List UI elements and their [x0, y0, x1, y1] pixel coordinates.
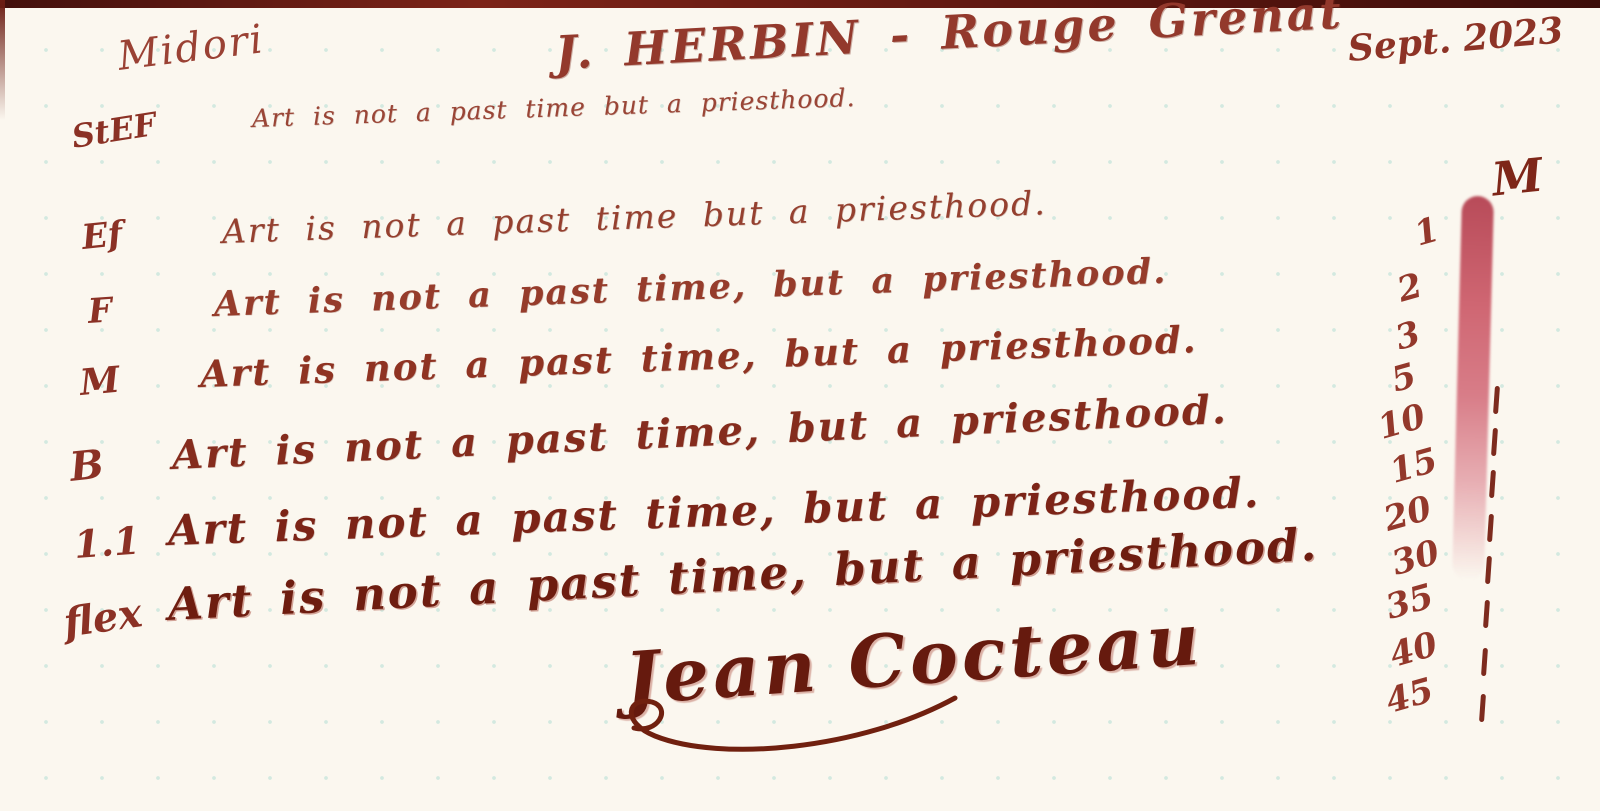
dry-time-seconds: 20 [1379, 488, 1436, 539]
date-label: Sept. 2023 [1346, 9, 1565, 70]
nib-label: flex [61, 589, 145, 646]
nib-label: Ef [80, 214, 125, 258]
scan-edge-left [0, 0, 5, 120]
dry-time-seconds: 30 [1387, 532, 1444, 583]
nib-sample-text: Art is not a past time, but a priesthood… [213, 251, 1168, 325]
signature-flourish [600, 690, 960, 760]
dry-time-seconds: 45 [1381, 670, 1438, 721]
dry-swipe-tick [1487, 514, 1494, 542]
dry-time-seconds: 2 [1393, 266, 1427, 311]
nib-sample-text: Art is not a past time, but a priesthood… [171, 386, 1229, 479]
dry-swipe-tick [1493, 386, 1500, 414]
dry-test-nib-label: M [1489, 147, 1545, 206]
nib-label: StEF [69, 105, 159, 156]
dry-swipe-tick [1489, 470, 1496, 498]
paper-brand-label: Midori [115, 16, 267, 80]
scan-edge-top [0, 0, 1600, 8]
nib-sample-text: Art is not a past time, but a priesthood… [199, 317, 1198, 396]
dry-time-seconds: 35 [1381, 576, 1438, 627]
dry-swipe-tick [1481, 648, 1488, 676]
dry-swipe-tick [1479, 694, 1486, 722]
nib-label: 1.1 [72, 517, 141, 567]
dry-time-seconds: 40 [1385, 624, 1442, 675]
dry-swipe-tick [1491, 428, 1498, 456]
dry-time-seconds: 10 [1373, 396, 1430, 447]
dry-time-seconds: 1 [1410, 210, 1444, 255]
nib-label: F [87, 290, 114, 332]
dry-swipe-tick [1485, 556, 1492, 584]
dry-swipe-tick [1483, 600, 1490, 628]
nib-sample-text: Art is not a past time but a priesthood. [221, 183, 1047, 251]
scanned-ink-test-page: Midori J. HERBIN - Rouge Grenat Sept. 20… [0, 0, 1600, 811]
nib-sample-text: Art is not a past time but a priesthood. [251, 83, 855, 133]
nib-label: M [78, 359, 121, 404]
nib-label: B [68, 441, 107, 491]
dry-time-seconds: 3 [1391, 314, 1425, 359]
dry-time-seconds: 15 [1385, 440, 1442, 491]
dry-time-seconds: 5 [1387, 356, 1421, 401]
ink-name-title: J. HERBIN - Rouge Grenat [554, 0, 1345, 80]
